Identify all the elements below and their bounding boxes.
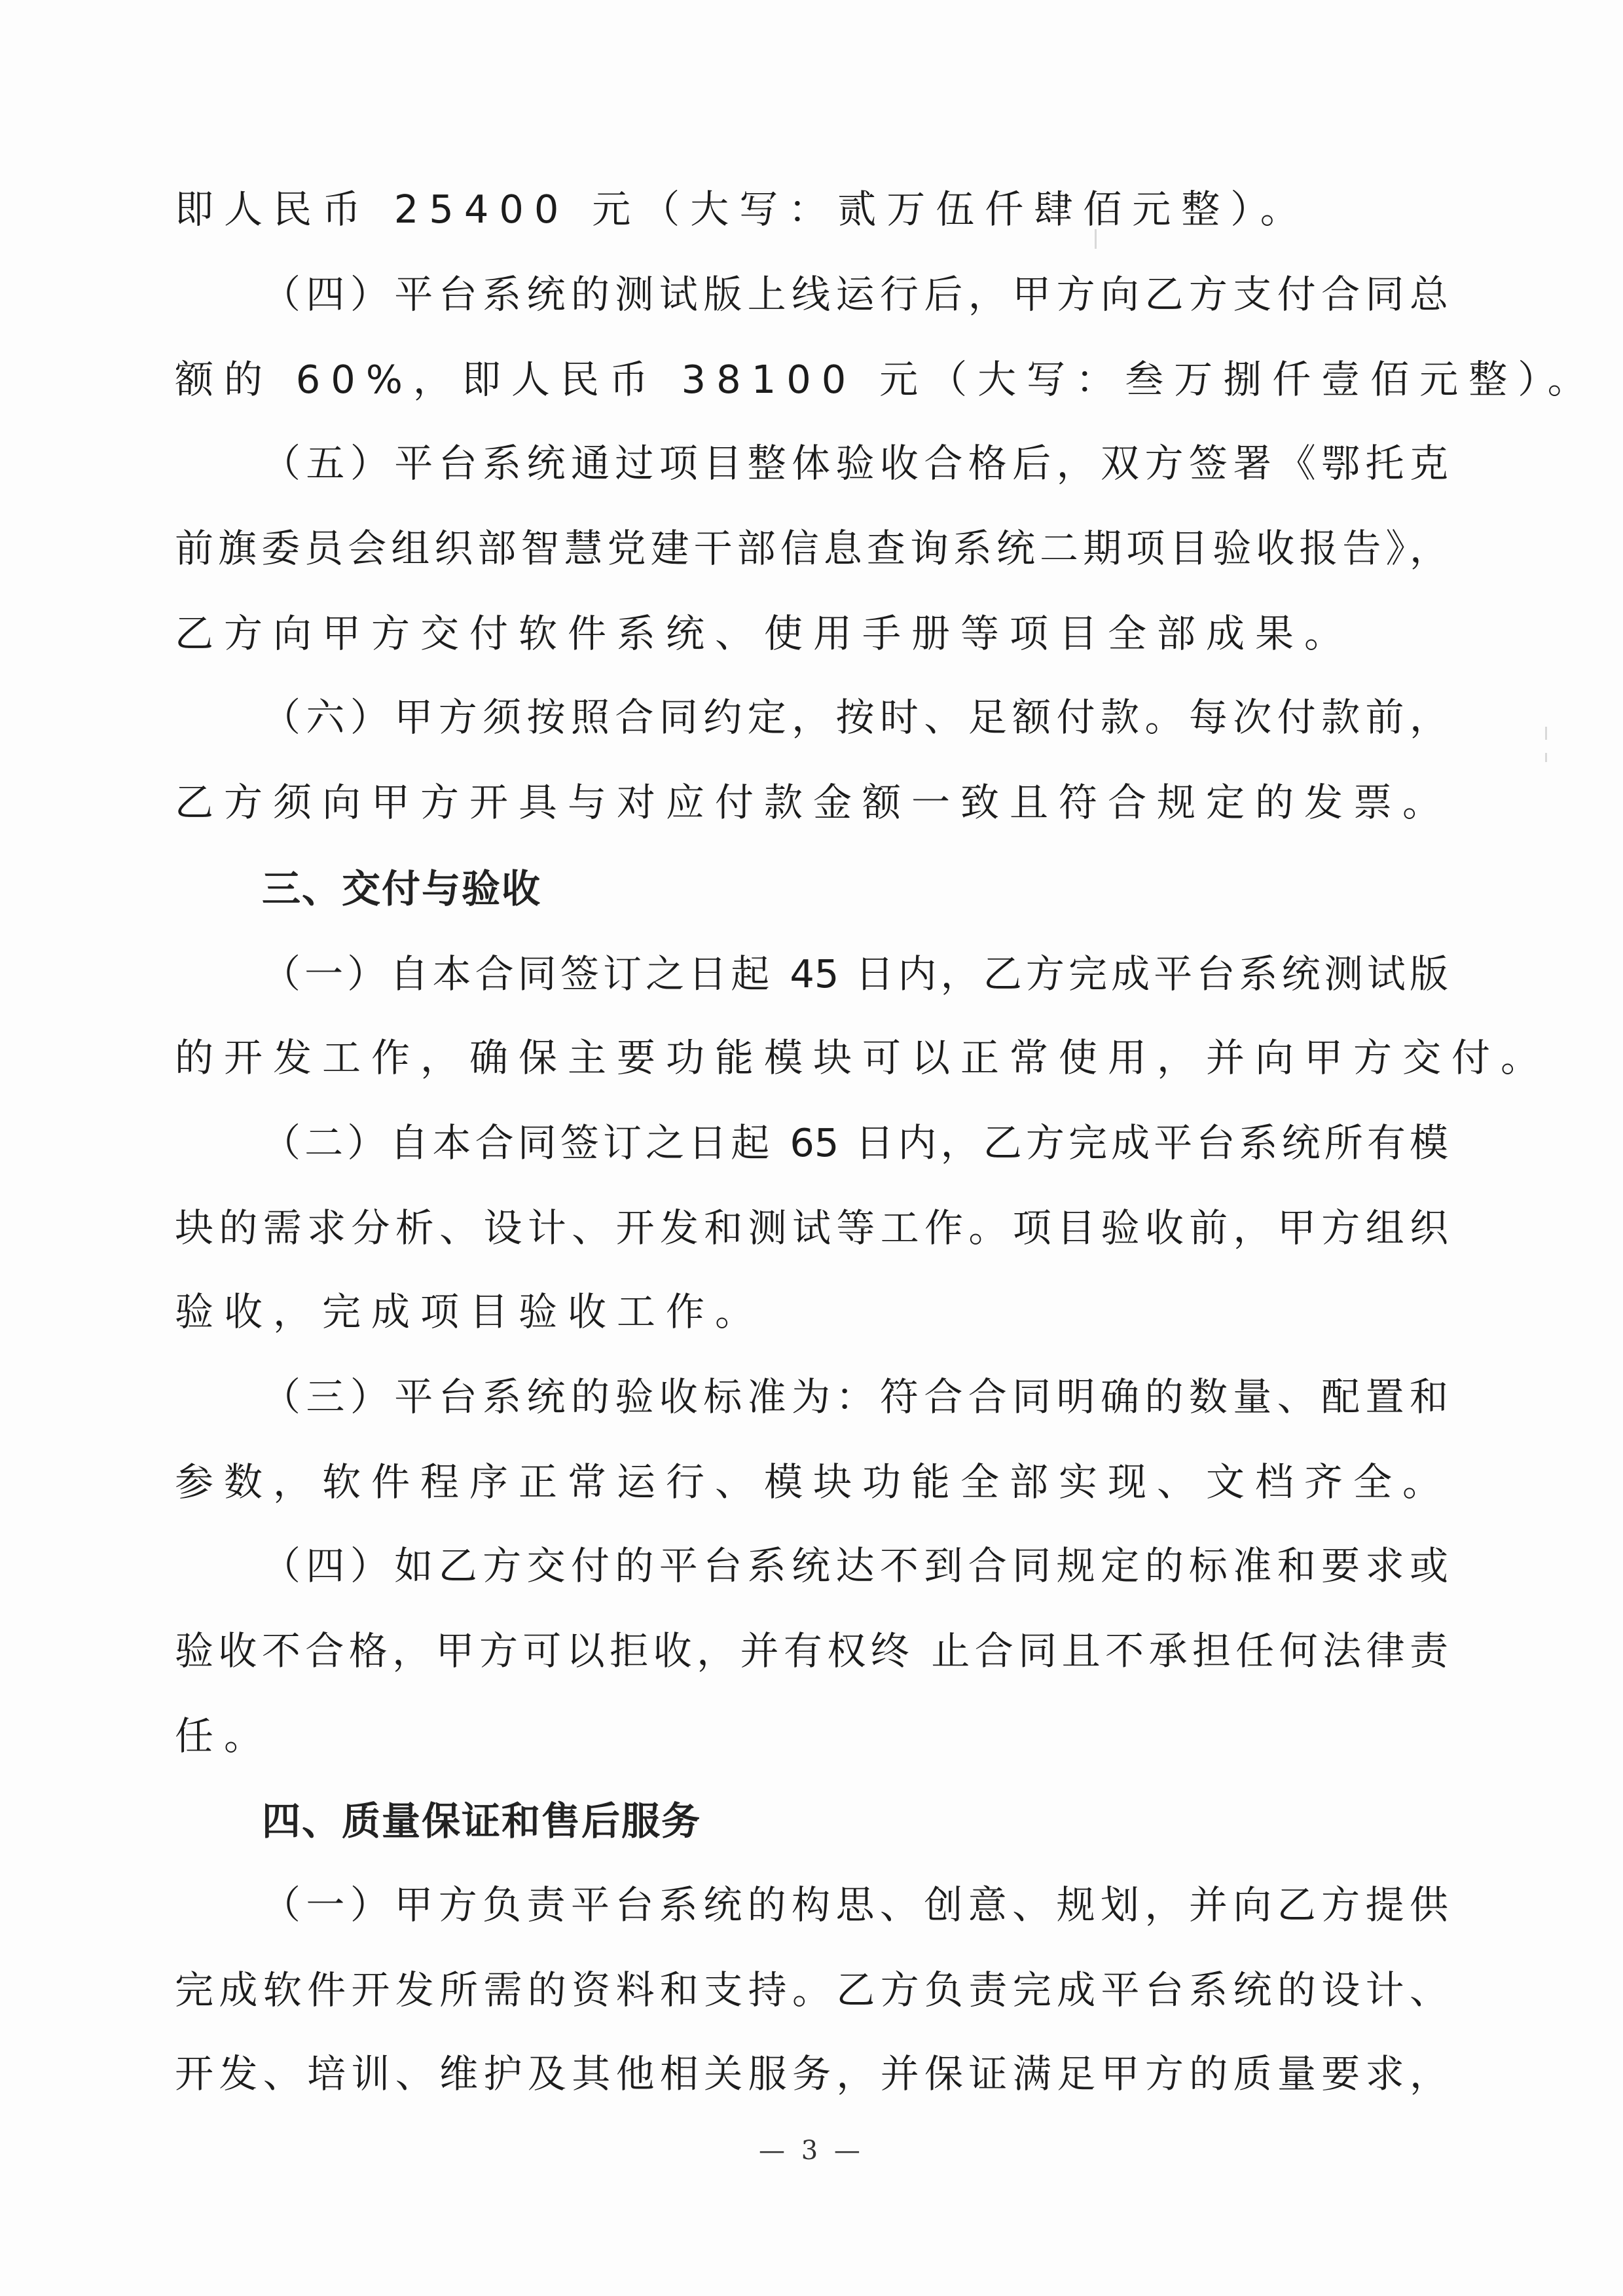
paragraph-line: 的开发工作，确保主要功能模块可以正常使用，并向甲方交付。 (175, 1032, 1550, 1084)
section-heading-quality-after-sales: 四、质量保证和售后服务 (262, 1795, 701, 1848)
paragraph-line: 前旗委员会组织部智慧党建干部信息查询系统二期项目验收报告》， (175, 522, 1448, 575)
paragraph-line: 块的需求分析、设计、开发和测试等工作。项目验收前，甲方组织 (175, 1202, 1448, 1254)
paragraph-line: 验收不合格，甲方可以拒收，并有权终 止合同且不承担任何法律责 (175, 1625, 1448, 1677)
paragraph-line: 即人民币 25400 元（大写：贰万伍仟肆佰元整）。 (175, 183, 1309, 236)
paragraph-line: 任。 (175, 1710, 273, 1762)
paragraph-line: （一）甲方负责平台系统的构思、创意、规划，并向乙方提供 (262, 1879, 1448, 1931)
scan-artifact (1545, 753, 1547, 762)
paragraph-line: 参数，软件程序正常运行、模块功能全部实现、文档齐全。 (175, 1456, 1451, 1508)
paragraph-line: （五）平台系统通过项目整体验收合格后，双方签署《鄂托克 (262, 437, 1448, 490)
scan-artifact (1545, 727, 1547, 740)
paragraph-line: （三）平台系统的验收标准为：符合合同明确的数量、配置和 (262, 1371, 1448, 1423)
paragraph-line: 乙方向甲方交付软件系统、使用手册等项目全部成果。 (175, 608, 1353, 660)
paragraph-line: （六）甲方须按照合同约定，按时、足额付款。每次付款前， (262, 691, 1448, 744)
paragraph-line: 验收，完成项目验收工作。 (175, 1286, 764, 1338)
paragraph-line: （四）平台系统的测试版上线运行后，甲方向乙方支付合同总 (262, 268, 1448, 321)
paragraph-line: 开发、培训、维护及其他相关服务，并保证满足甲方的质量要求， (175, 2048, 1448, 2100)
document-page: 即人民币 25400 元（大写：贰万伍仟肆佰元整）。 （四）平台系统的测试版上线… (0, 0, 1623, 2296)
page-number: — 3 — (0, 2136, 1623, 2166)
paragraph-line: 完成软件开发所需的资料和支持。乙方负责完成平台系统的设计、 (175, 1964, 1448, 2016)
paragraph-line: （四）如乙方交付的平台系统达不到合同规定的标准和要求或 (262, 1540, 1448, 1592)
paragraph-line: 乙方须向甲方开具与对应付款金额一致且符合规定的发票。 (175, 776, 1451, 829)
paragraph-line: （二）自本合同签订之日起 65 日内，乙方完成平台系统所有模 (262, 1117, 1448, 1169)
section-heading-delivery-acceptance: 三、交付与验收 (262, 863, 541, 915)
paragraph-line: （一）自本合同签订之日起 45 日内，乙方完成平台系统测试版 (262, 948, 1448, 1000)
paragraph-line: 额的 60%，即人民币 38100 元（大写：叁万捌仟壹佰元整）。 (175, 354, 1597, 406)
